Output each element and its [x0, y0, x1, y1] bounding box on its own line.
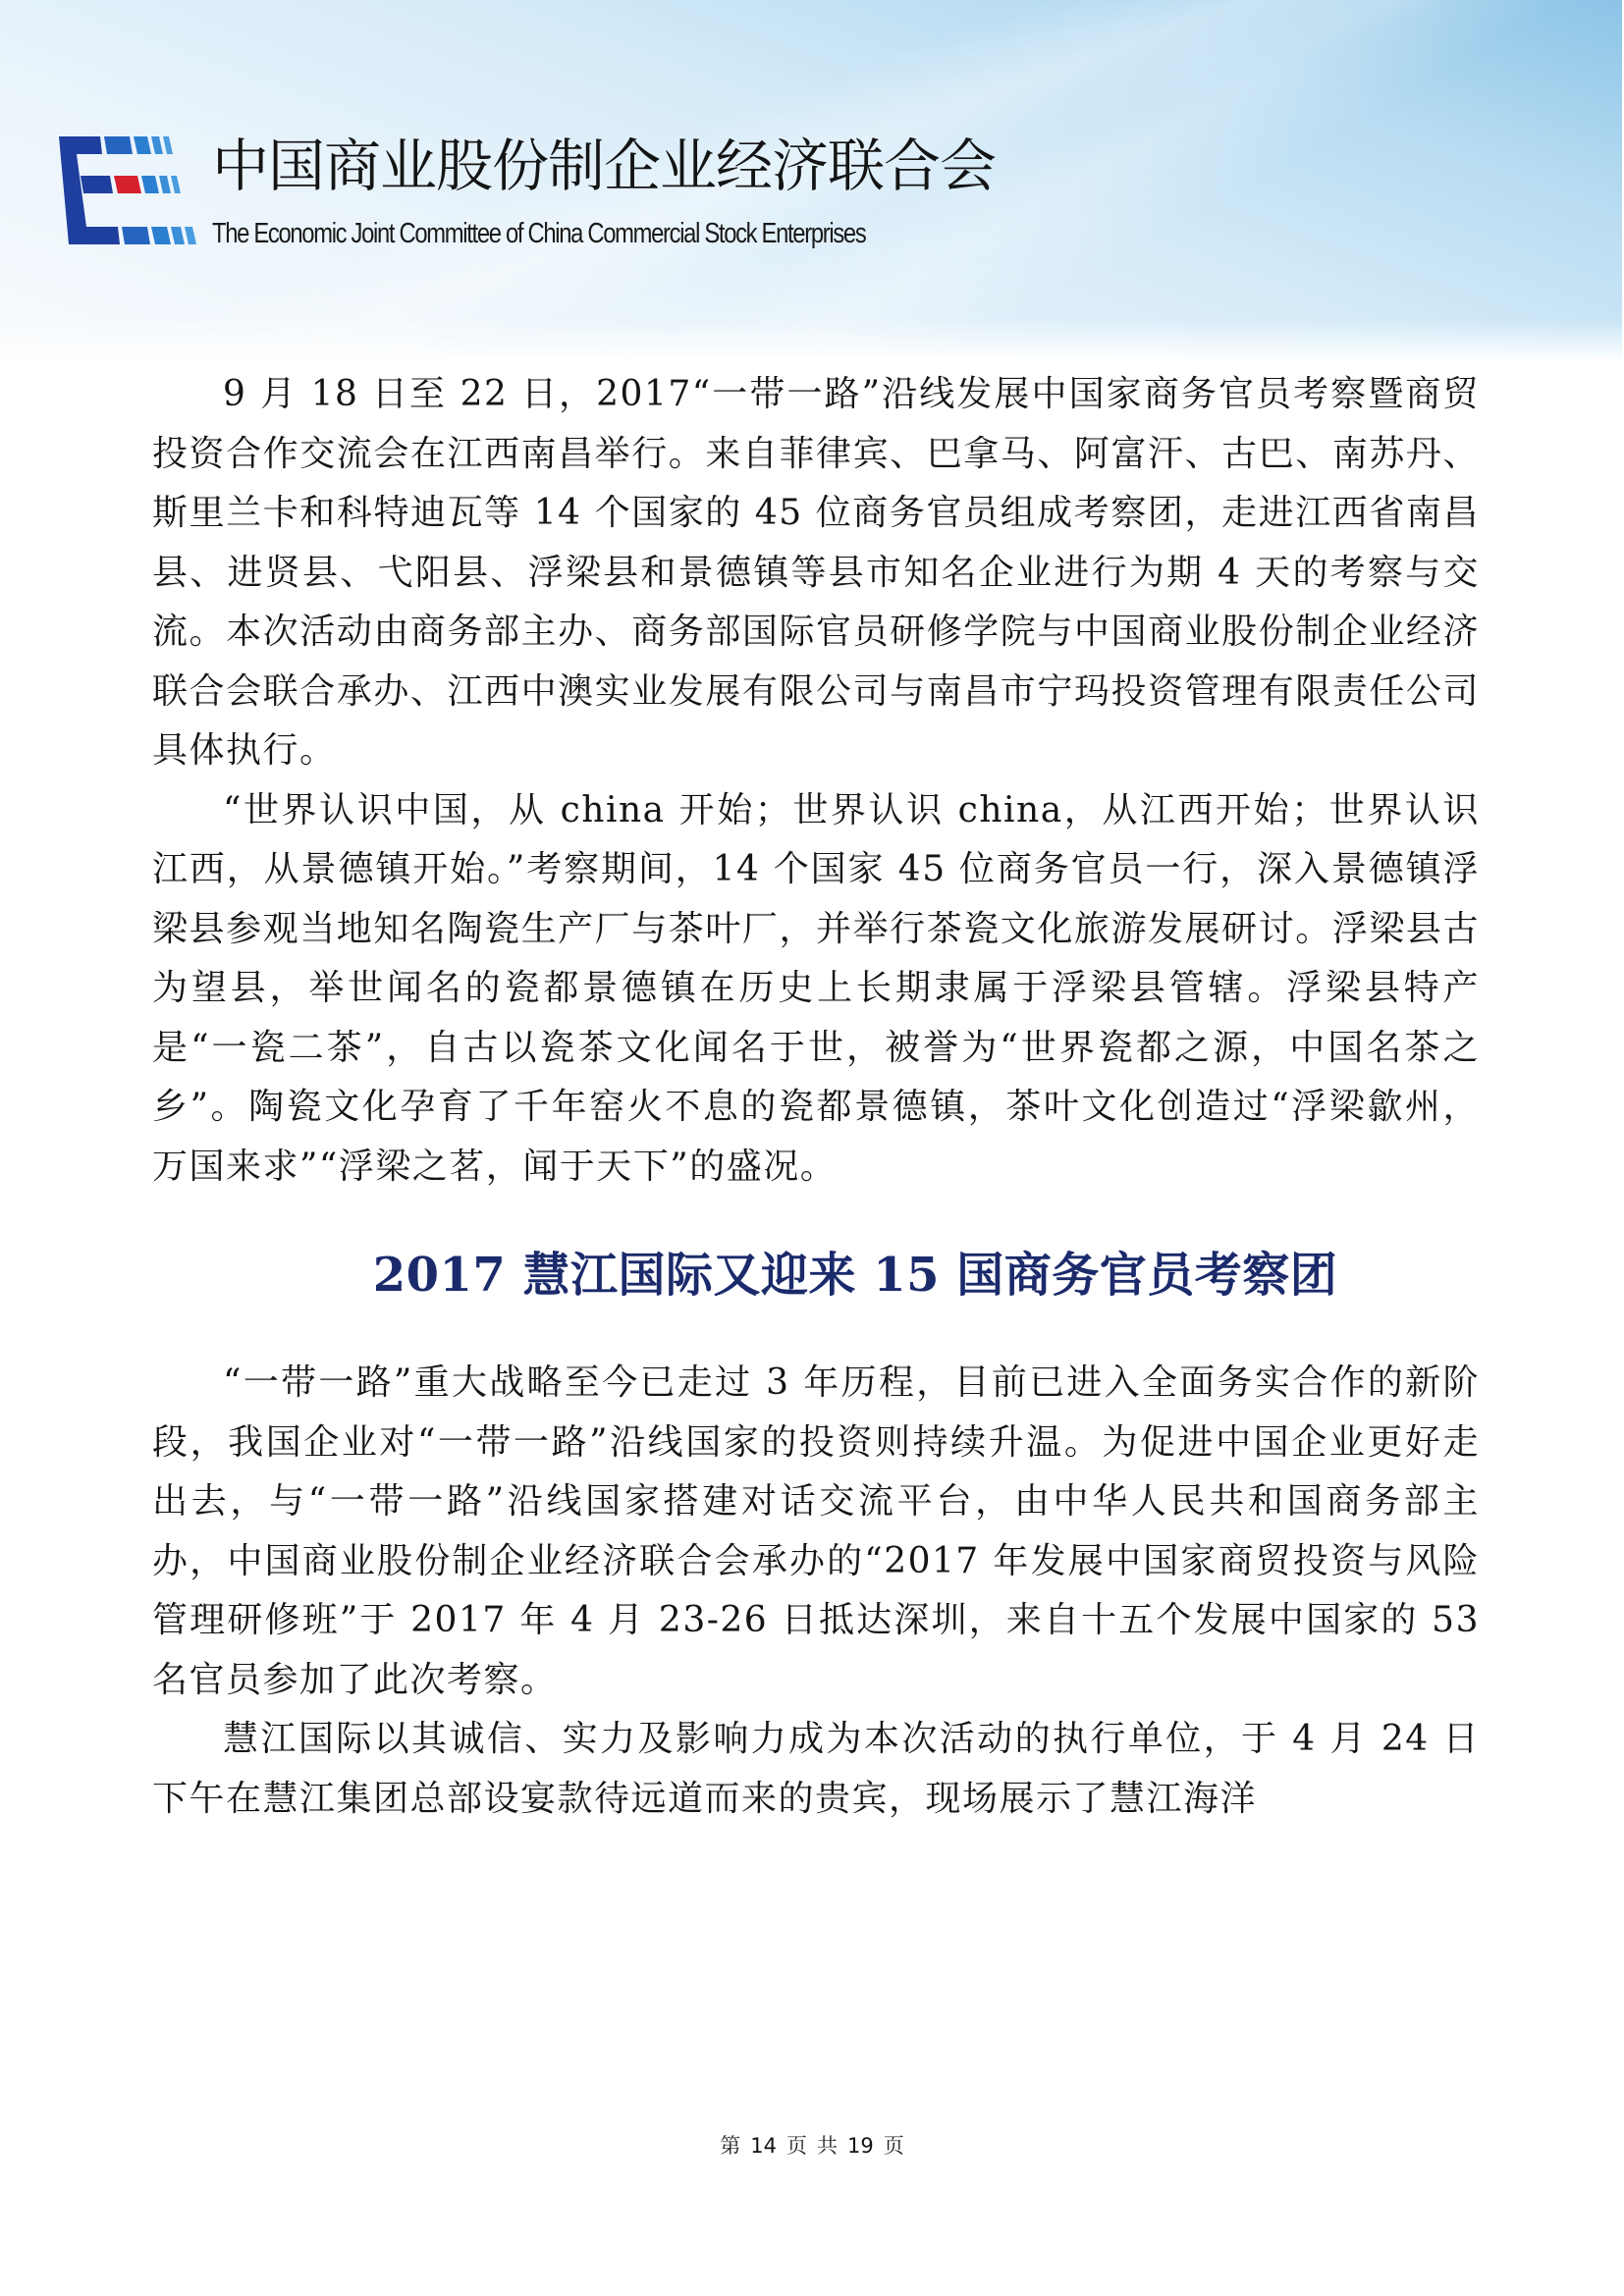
current-page-number: 14	[750, 2134, 777, 2158]
paragraph-2: “世界认识中国，从 china 开始；世界认识 china，从江西开始；世界认识…	[152, 781, 1480, 1198]
org-name-english: The Economic Joint Committee of China Co…	[212, 214, 865, 253]
paragraph-4: 慧江国际以其诚信、实力及影响力成为本次活动的执行单位，于 4 月 24 日下午在…	[152, 1710, 1480, 1829]
paragraph-3: “一带一路”重大战略至今已走过 3 年历程，目前已进入全面务实合作的新阶段，我国…	[152, 1354, 1480, 1710]
header-banner: 中国商业股份制企业经济联合会 The Economic Joint Commit…	[0, 0, 1622, 358]
paragraph-1: 9 月 18 日至 22 日，2017“一带一路”沿线发展中国家商务官员考察暨商…	[152, 365, 1480, 781]
total-pages-number: 19	[847, 2134, 874, 2158]
article-body: 9 月 18 日至 22 日，2017“一带一路”沿线发展中国家商务官员考察暨商…	[152, 365, 1480, 1829]
footer-total-word: 共	[817, 2134, 838, 2158]
footer-prefix: 第	[720, 2134, 740, 2158]
stylized-e-logo-icon	[57, 133, 204, 248]
org-name-chinese: 中国商业股份制企业经济联合会	[212, 130, 996, 202]
footer-suffix: 页	[884, 2134, 904, 2158]
page-footer: 第14页共19页	[0, 2130, 1624, 2160]
footer-page-word: 页	[786, 2134, 807, 2158]
section-title: 2017 慧江国际又迎来 15 国商务官员考察团	[152, 1236, 1480, 1314]
